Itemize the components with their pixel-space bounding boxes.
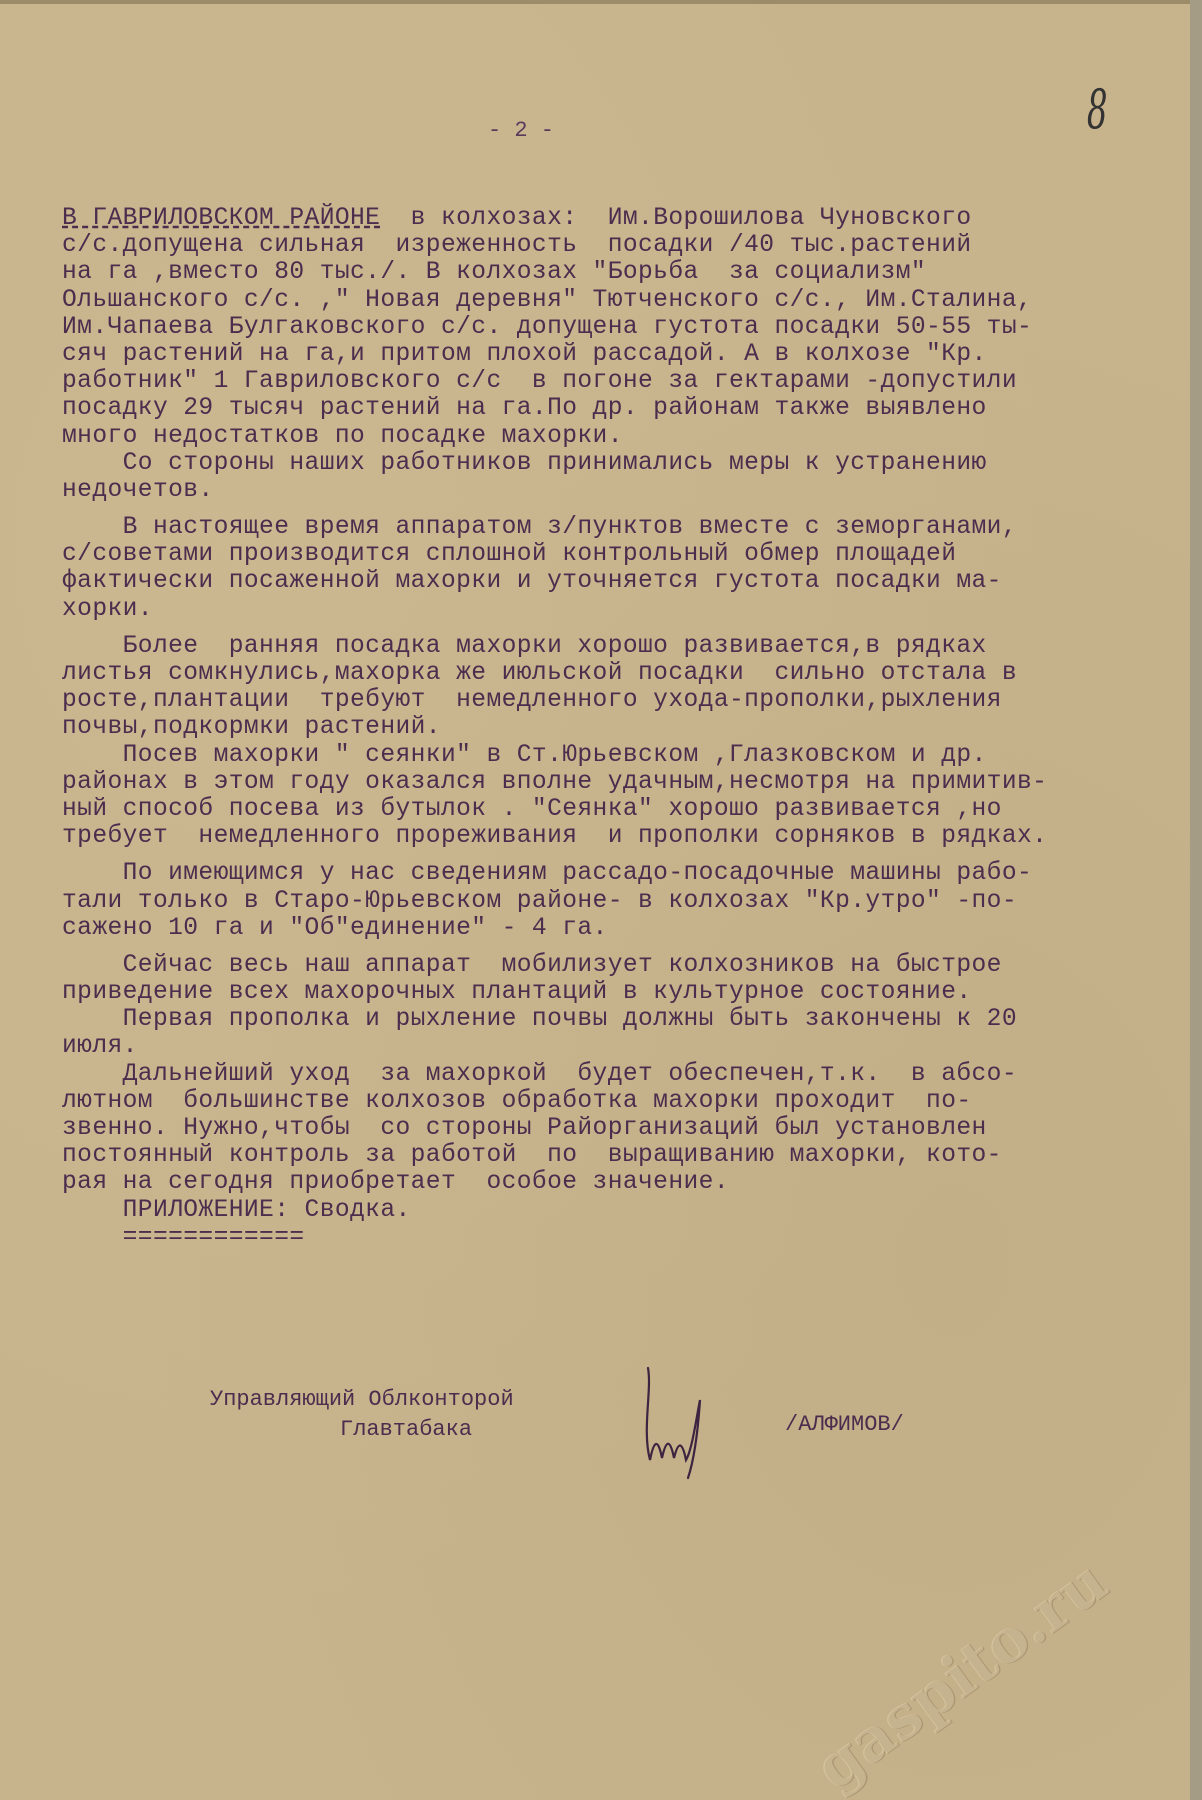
text-line: работник" 1 Гавриловского с/с в погоне з… <box>62 368 1182 395</box>
text-line: звенно. Нужно,чтобы со стороны Райоргани… <box>62 1115 1182 1142</box>
text-line: лютном большинстве колхозов обработка ма… <box>62 1088 1182 1115</box>
text-line: Сейчас весь наш аппарат мобилизует колхо… <box>62 952 1182 979</box>
text-line: рая на сегодня приобретает особое значен… <box>62 1169 1182 1196</box>
text-line: Со стороны наших работников принимались … <box>62 450 1182 477</box>
paper-right-edge <box>1190 0 1202 1800</box>
text-line: июля. <box>62 1033 1182 1060</box>
paragraph-gap <box>62 942 1182 952</box>
text-line: В ГАВРИЛОВСКОМ РАЙОНЕ в колхозах: Им.Вор… <box>62 205 1182 232</box>
text-line: требует немедленного прореживания и проп… <box>62 823 1182 850</box>
page-number: - 2 - <box>488 118 554 143</box>
text-line: недочетов. <box>62 477 1182 504</box>
text-line: Им.Чапаева Булгаковского с/с. допущена г… <box>62 314 1182 341</box>
text-line: Посев махорки " сеянки" в Ст.Юрьевском ,… <box>62 742 1182 769</box>
text-line: Более ранняя посадка махорки хорошо разв… <box>62 633 1182 660</box>
section-heading: В ГАВРИЛОВСКОМ РАЙОНЕ <box>62 205 380 232</box>
text-line: ПРИЛОЖЕНИЕ: Сводка. <box>62 1197 1182 1224</box>
paragraph-gap <box>62 850 1182 860</box>
text-line: Ольшанского с/с. ," Новая деревня" Тютче… <box>62 287 1182 314</box>
text-line: росте,плантации требуют немедленного ухо… <box>62 687 1182 714</box>
signer-title-line1: Управляющий Облконторой <box>210 1385 514 1415</box>
sheet-number-handwritten: 8 <box>1087 78 1108 141</box>
text-line: По имеющимся у нас сведениям рассадо-пос… <box>62 860 1182 887</box>
text-line: Первая прополка и рыхление почвы должны … <box>62 1006 1182 1033</box>
signature-block: Управляющий Облконторой Главтабака <box>210 1385 514 1445</box>
text-line: с/советами производится сплошной контрол… <box>62 541 1182 568</box>
text-line: хорки. <box>62 596 1182 623</box>
text-line: ============ <box>62 1224 1182 1251</box>
text-line: районах в этом году оказался вполне удач… <box>62 769 1182 796</box>
text-line: тали только в Старо-Юрьевском районе- в … <box>62 888 1182 915</box>
text-line: много недостатков по посадке махорки. <box>62 423 1182 450</box>
text-line: сажено 10 га и "Об"единение" - 4 га. <box>62 915 1182 942</box>
document-body: В ГАВРИЛОВСКОМ РАЙОНЕ в колхозах: Им.Вор… <box>62 205 1182 1251</box>
text-line: В настоящее время аппаратом з/пунктов вм… <box>62 514 1182 541</box>
text-line: листья сомкнулись,махорка же июльской по… <box>62 660 1182 687</box>
paragraph-gap <box>62 504 1182 514</box>
text-line: посадку 29 тысяч растений на га.По др. р… <box>62 395 1182 422</box>
text-line: почвы,подкормки растений. <box>62 714 1182 741</box>
text-line: постоянный контроль за работой по выращи… <box>62 1142 1182 1169</box>
text-line: фактически посаженной махорки и уточняет… <box>62 568 1182 595</box>
text-line: ный способ посева из бутылок . "Сеянка" … <box>62 796 1182 823</box>
signer-name: /АЛФИМОВ/ <box>785 1412 904 1437</box>
text-line: Дальнейший уход за махоркой будет обеспе… <box>62 1061 1182 1088</box>
text-line: с/с.допущена сильная изреженность посадк… <box>62 232 1182 259</box>
text-line: на га ,вместо 80 тыс./. В колхозах "Борь… <box>62 259 1182 286</box>
text-line: сяч растений на га,и притом плохой расса… <box>62 341 1182 368</box>
paragraph-gap <box>62 623 1182 633</box>
text-line: приведение всех махорочных плантаций в к… <box>62 979 1182 1006</box>
signer-title-line2: Главтабака <box>210 1415 514 1445</box>
handwritten-signature-icon <box>640 1360 800 1480</box>
